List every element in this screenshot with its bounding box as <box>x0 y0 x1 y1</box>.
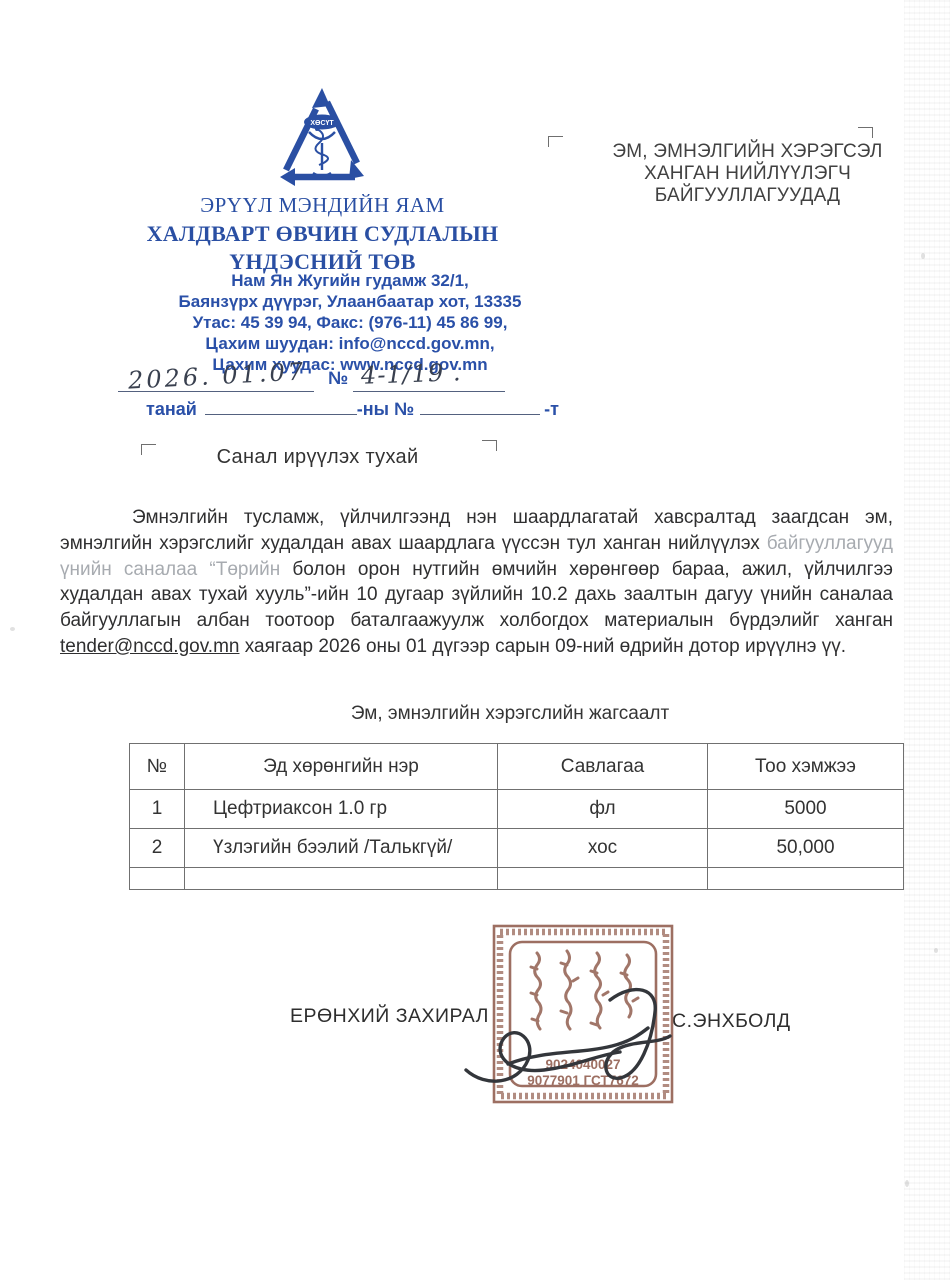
table-header-row: №Эд хөрөнгийн нэрСавлагааТоо хэмжээ <box>130 744 904 790</box>
table-cell <box>185 868 498 890</box>
address-line: Утас: 45 39 94, Факс: (976-11) 45 86 99, <box>75 312 625 333</box>
recipient-line: ХАНГАН НИЙЛҮҮЛЭГЧ <box>600 163 895 185</box>
org-name-line1: ХАЛДВАРТ ӨВЧИН СУДЛАЛЫН <box>40 221 605 246</box>
address-line: Баянзүрх дүүрэг, Улаанбаатар хот, 13335 <box>75 291 625 312</box>
table-title: Эм, эмнэлгийн хэрэгслийн жагсаалт <box>135 703 885 725</box>
your-ref-mid: -ны № <box>357 399 414 420</box>
table-cell: Үзлэгийн бээлий /Талькгүй/ <box>185 829 498 868</box>
table-empty-row <box>130 868 904 890</box>
table-cell <box>498 868 708 890</box>
recipient-block: ЭМ, ЭМНЭЛГИЙН ХЭРЭГСЭЛХАНГАН НИЙЛҮҮЛЭГЧБ… <box>600 141 895 207</box>
table-cell: 50,000 <box>708 829 904 868</box>
address-line: Нам Ян Жугийн гудамж 32/1, <box>75 270 625 291</box>
email-address-text: tender@nccd.gov.mn <box>60 636 239 657</box>
letterhead-org-block: ЭРҮҮЛ МЭНДИЙН ЯАМ ХАЛДВАРТ ӨВЧИН СУДЛАЛЫ… <box>40 193 605 274</box>
table-cell: фл <box>498 790 708 829</box>
recipient-line: БАЙГУУЛЛАГУУДАД <box>600 185 895 207</box>
body-paragraph: Эмнэлгийн тусламж, үйлчилгээнд нэн шаард… <box>60 505 893 660</box>
address-block: Нам Ян Жугийн гудамж 32/1,Баянзүрх дүүрэ… <box>75 270 625 375</box>
scanned-letter-page: ХӨСҮТ ЭРҮҮЛ МЭНДИЙН ЯАМ ХАЛДВАРТ ӨВЧИН С… <box>0 0 950 1280</box>
logo-banner-label: ХӨСҮТ <box>310 120 334 127</box>
your-ref-prefix: танай <box>146 399 197 420</box>
signature-scribble <box>452 978 702 1100</box>
ref-line: 2026. 01.07 № 4-1/19 . <box>118 362 538 396</box>
table-cell: Цефтриаксон 1.0 гр <box>185 790 498 829</box>
scan-artifact <box>934 948 938 953</box>
table-cell: 2 <box>130 829 185 868</box>
table-cell: 1 <box>130 790 185 829</box>
table-header-cell: Эд хөрөнгийн нэр <box>185 744 498 790</box>
corner-mark <box>548 136 563 147</box>
your-ref-suffix: -т <box>544 399 559 420</box>
ministry-name: ЭРҮҮЛ МЭНДИЙН ЯАМ <box>40 193 605 218</box>
table-header-cell: Тоо хэмжээ <box>708 744 904 790</box>
recipient-line: ЭМ, ЭМНЭЛГИЙН ХЭРЭГСЭЛ <box>600 141 895 163</box>
hygieia-cup-icon <box>309 129 335 176</box>
handwritten-ref-number: 4-1/19 . <box>361 358 462 389</box>
handwritten-date: 2026. 01.07 <box>127 357 306 394</box>
table-cell: 5000 <box>708 790 904 829</box>
ref-number-underline <box>353 391 505 392</box>
blank-field <box>420 400 540 415</box>
scan-artifact <box>10 627 15 631</box>
table-row: 2Үзлэгийн бээлий /Талькгүй/хос50,000 <box>130 829 904 868</box>
table-row: 1Цефтриаксон 1.0 грфл5000 <box>130 790 904 829</box>
table-cell <box>130 868 185 890</box>
subject-line: Санал ирүүлэх тухай <box>135 446 500 469</box>
scan-artifact <box>905 1180 909 1187</box>
items-table: №Эд хөрөнгийн нэрСавлагааТоо хэмжээ 1Цеф… <box>129 743 904 890</box>
body-text-segment: хаягаар 2026 оны 01 дүгээр сарын 09-ний … <box>239 636 846 657</box>
table-header-cell: Савлагаа <box>498 744 708 790</box>
blank-field <box>205 400 357 415</box>
date-underline <box>118 391 314 392</box>
scan-artifact <box>921 253 925 259</box>
nccd-logo-icon: ХӨСҮТ <box>266 84 378 190</box>
your-ref-line: танай-ны №-т <box>146 399 559 420</box>
scan-noise-band <box>904 0 950 1280</box>
table-cell <box>708 868 904 890</box>
table-cell: хос <box>498 829 708 868</box>
address-line: Цахим шуудан: info@nccd.gov.mn, <box>75 333 625 354</box>
table-header-cell: № <box>130 744 185 790</box>
corner-mark <box>858 127 873 138</box>
number-symbol: № <box>328 368 348 389</box>
